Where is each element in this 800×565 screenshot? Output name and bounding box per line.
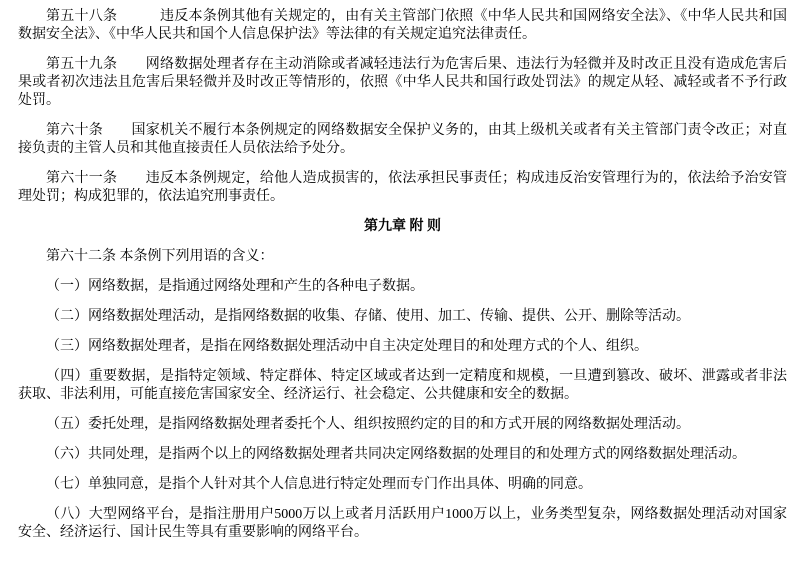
article-paragraph: 第五十九条 网络数据处理者存在主动消除或者减轻违法行为危害后果、违法行为轻微并及… bbox=[18, 56, 787, 110]
definition-item: （三）网络数据处理者，是指在网络数据处理活动中自主决定处理目的和处理方式的个人、… bbox=[18, 338, 787, 356]
article-paragraph: 第五十八条 违反本条例其他有关规定的，由有关主管部门依照《中华人民共和国网络安全… bbox=[18, 8, 787, 44]
definition-item: （四）重要数据，是指特定领域、特定群体、特定区域或者达到一定精度和规模，一旦遭到… bbox=[18, 368, 787, 404]
article-paragraph: 第六十一条 违反本条例规定，给他人造成损害的，依法承担民事责任；构成违反治安管理… bbox=[18, 170, 787, 206]
definition-item: （六）共同处理，是指两个以上的网络数据处理者共同决定网络数据的处理目的和处理方式… bbox=[18, 446, 787, 464]
article-paragraph: 第六十条 国家机关不履行本条例规定的网络数据安全保护义务的，由其上级机关或者有关… bbox=[18, 122, 787, 158]
definition-item: （八）大型网络平台，是指注册用户5000万以上或者月活跃用户1000万以上，业务… bbox=[18, 506, 787, 542]
definition-item: （五）委托处理，是指网络数据处理者委托个人、组织按照约定的目的和方式开展的网络数… bbox=[18, 416, 787, 434]
document-body: 第五十八条 违反本条例其他有关规定的，由有关主管部门依照《中华人民共和国网络安全… bbox=[18, 8, 787, 542]
document-page: 第五十八条 违反本条例其他有关规定的，由有关主管部门依照《中华人民共和国网络安全… bbox=[0, 0, 800, 565]
definition-item: （一）网络数据，是指通过网络处理和产生的各种电子数据。 bbox=[18, 278, 787, 296]
chapter-heading: 第九章 附 则 bbox=[18, 218, 787, 236]
article-paragraph: 第六十二条 本条例下列用语的含义： bbox=[18, 248, 787, 266]
definition-item: （二）网络数据处理活动，是指网络数据的收集、存储、使用、加工、传输、提供、公开、… bbox=[18, 308, 787, 326]
definition-item: （七）单独同意，是指个人针对其个人信息进行特定处理而专门作出具体、明确的同意。 bbox=[18, 476, 787, 494]
